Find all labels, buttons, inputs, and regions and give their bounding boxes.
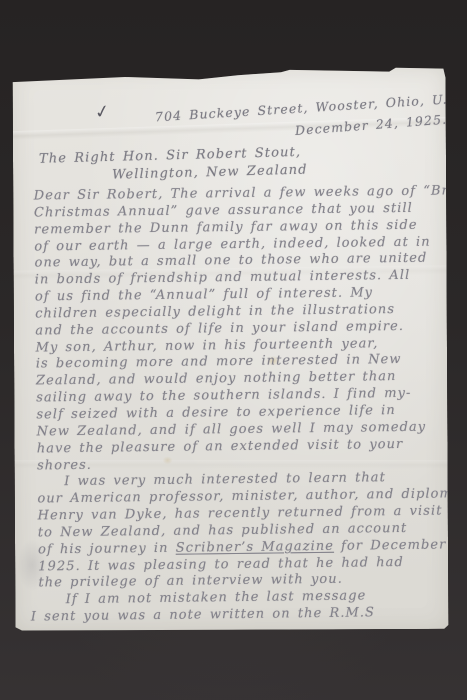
date-line: December 24, 1925. [294, 112, 447, 138]
letter-body: Dear Sir Robert, The arrival a few weeks… [34, 183, 445, 626]
letter-line: I sent you was a note written on the R.M… [31, 605, 445, 627]
recipient-city-line: Wellington, New Zealand [112, 163, 308, 183]
pencil-checkmark-icon: ✓ [93, 100, 112, 123]
letter-paper: ✓ 704 Buckeye Street, Wooster, Ohio, U.S… [13, 67, 449, 631]
